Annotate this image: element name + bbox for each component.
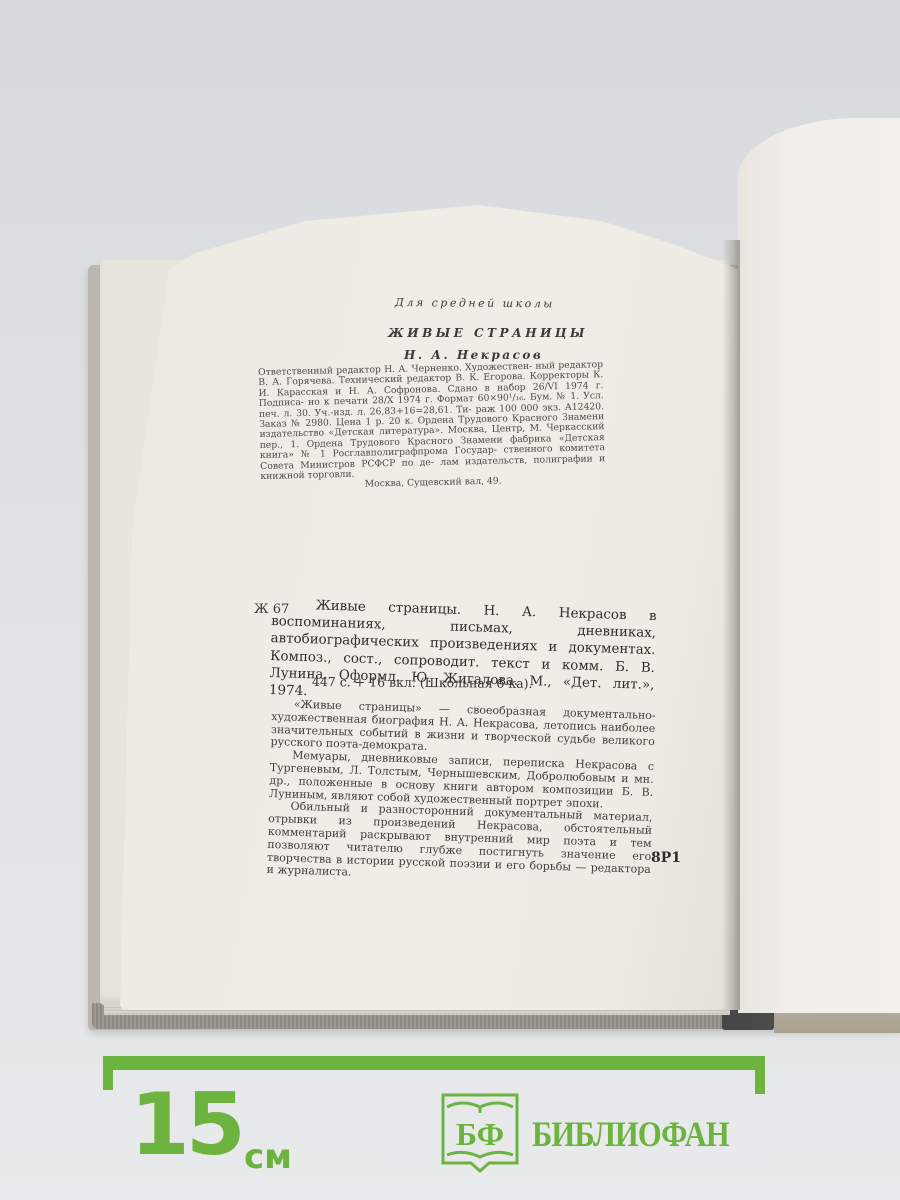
annotation-paragraph: Обильный и разносторонний документальный… xyxy=(266,800,652,889)
series-label: Для средней школы xyxy=(395,296,555,310)
bibliofan-logo-icon: БФ xyxy=(441,1093,519,1173)
ruler-bar xyxy=(103,1056,765,1070)
size-value: 15 xyxy=(130,1082,242,1168)
size-unit: см xyxy=(244,1140,292,1174)
annotation: «Живые страницы» — своеобразная документ… xyxy=(266,698,655,889)
book-title: ЖИВЫЕ СТРАНИЦЫ xyxy=(388,326,588,340)
svg-text:БФ: БФ xyxy=(456,1116,504,1152)
colophon: Ответственный редактор Н. А. Черненко. Х… xyxy=(258,360,606,493)
classification-code: 8Р1 xyxy=(651,850,681,866)
book-gutter xyxy=(722,240,740,1010)
right-page xyxy=(738,118,900,1013)
pages-info: 447 с. + 16 вкл. (Школьная б-ка). xyxy=(312,674,533,691)
book-author: Н. А. Некрасов xyxy=(404,348,543,362)
bibliographic-entry: Живые страницы. Н. А. Некрасов в воспоми… xyxy=(269,596,657,711)
brand-name: БИБЛИОФАН xyxy=(532,1116,729,1152)
ruler-tick-right xyxy=(755,1060,765,1094)
ruler-tick-left xyxy=(103,1056,113,1090)
